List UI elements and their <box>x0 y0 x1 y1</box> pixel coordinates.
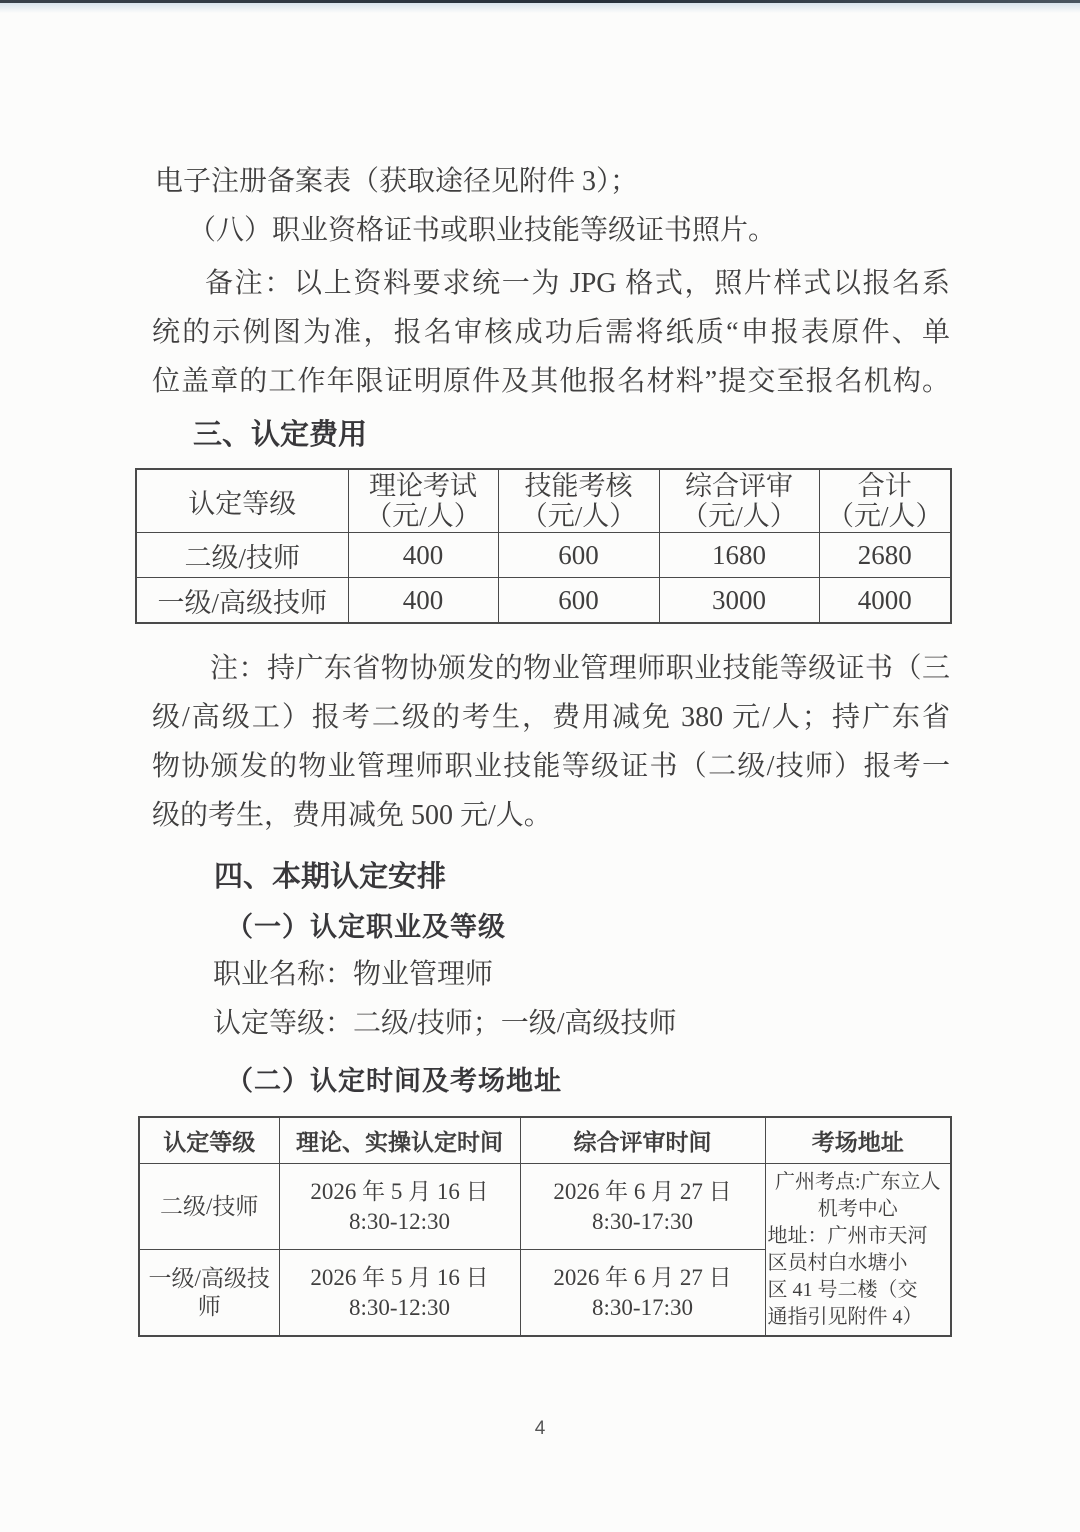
fee-cell-review: 3000 <box>659 578 819 624</box>
fee-header-review-unit: （元/人） <box>660 501 819 531</box>
fee-cell-total: 2680 <box>819 533 951 578</box>
venue-line: 广州考点:广东立人 <box>766 1169 951 1196</box>
schedule-cell-venue-address: 广州考点:广东立人 机考中心 地址：广州市天河 区员村白水塘小 区 41 号二楼… <box>765 1164 951 1337</box>
fee-cell-skill: 600 <box>498 533 659 578</box>
schedule-cell-review: 2026 年 6 月 27 日 8:30-17:30 <box>520 1164 765 1250</box>
levels-line: 认定等级：二级/技师；一级/高级技师 <box>135 999 950 1048</box>
fee-cell-skill: 600 <box>498 578 659 624</box>
fee-header-level: 认定等级 <box>136 469 348 533</box>
fee-header-skill-title: 技能考核 <box>499 471 659 501</box>
fee-table: 认定等级 理论考试 （元/人） 技能考核 （元/人） 综合评审 （元/人） 合 <box>135 468 952 624</box>
schedule-header-theory-time: 理论、实操认定时间 <box>279 1117 520 1164</box>
sub-heading-occupation: （一）认定职业及等级 <box>135 904 950 950</box>
schedule-cell-level: 一级/高级技 师 <box>139 1250 279 1337</box>
schedule-cell-theory: 2026 年 5 月 16 日 8:30-12:30 <box>279 1164 520 1250</box>
remark-line: 位盖章的工作年限证明原件及其他报名材料”提交至报名机构。 <box>135 357 950 406</box>
fee-header-theory-title: 理论考试 <box>349 471 498 501</box>
level-line: 一级/高级技 <box>140 1265 279 1293</box>
fee-table-row-level2: 二级/技师 400 600 1680 2680 <box>136 533 951 578</box>
fee-cell-level: 一级/高级技师 <box>136 578 348 624</box>
fee-cell-level: 二级/技师 <box>136 533 348 578</box>
schedule-header-level: 认定等级 <box>139 1117 279 1164</box>
level-line: 师 <box>140 1293 279 1321</box>
review-date: 2026 年 6 月 27 日 <box>521 1263 765 1293</box>
occupation-line: 职业名称：物业管理师 <box>135 950 950 999</box>
review-date: 2026 年 6 月 27 日 <box>521 1177 765 1207</box>
section-4-heading: 四、本期认定安排 <box>135 854 950 900</box>
address-block: 地址：广州市天河 区员村白水塘小 区 41 号二楼（交 通指引见附件 4） <box>766 1223 951 1331</box>
schedule-header-review-time: 综合评审时间 <box>520 1117 765 1164</box>
schedule-row-level2: 二级/技师 2026 年 5 月 16 日 8:30-12:30 2026 年 … <box>139 1164 951 1250</box>
schedule-table: 认定等级 理论、实操认定时间 综合评审时间 考场地址 二级/技师 2026 年 … <box>138 1116 952 1337</box>
fee-header-skill-unit: （元/人） <box>499 501 659 531</box>
sub-heading-schedule: （二）认定时间及考场地址 <box>135 1058 950 1104</box>
paragraph-item8: （八）职业资格证书或职业技能等级证书照片。 <box>135 206 950 255</box>
schedule-header-row: 认定等级 理论、实操认定时间 综合评审时间 考场地址 <box>139 1117 951 1164</box>
schedule-cell-review: 2026 年 6 月 27 日 8:30-17:30 <box>520 1250 765 1337</box>
fee-cell-total: 4000 <box>819 578 951 624</box>
fee-note-line: 级的考生，费用减免 500 元/人。 <box>135 791 950 840</box>
fee-cell-review: 1680 <box>659 533 819 578</box>
fee-table-header-row: 认定等级 理论考试 （元/人） 技能考核 （元/人） 综合评审 （元/人） 合 <box>136 469 951 533</box>
scan-edge-glow <box>0 3 1080 13</box>
fee-header-theory-unit: （元/人） <box>349 501 498 531</box>
fee-note-line: 注：持广东省物协颁发的物业管理师职业技能等级证书（三 <box>135 644 950 693</box>
review-time: 8:30-17:30 <box>521 1207 765 1237</box>
page-number: 4 <box>0 1416 1080 1442</box>
fee-header-skill: 技能考核 （元/人） <box>498 469 659 533</box>
theory-date: 2026 年 5 月 16 日 <box>280 1177 520 1207</box>
address-line: 区 41 号二楼（交 <box>766 1277 951 1304</box>
fee-header-total-unit: （元/人） <box>820 501 951 531</box>
fee-cell-theory: 400 <box>348 578 498 624</box>
fee-note-line: 级/高级工）报考二级的考生，费用减免 380 元/人；持广东省 <box>135 693 950 742</box>
theory-time: 8:30-12:30 <box>280 1293 520 1323</box>
fee-header-review-title: 综合评审 <box>660 471 819 501</box>
fee-header-theory: 理论考试 （元/人） <box>348 469 498 533</box>
remark-line: 备注：以上资料要求统一为 JPG 格式，照片样式以报名系 <box>135 259 950 308</box>
address-line: 区员村白水塘小 <box>766 1250 951 1277</box>
fee-note-line: 物协颁发的物业管理师职业技能等级证书（二级/技师）报考一 <box>135 742 950 791</box>
section-3-heading: 三、认定费用 <box>135 412 950 458</box>
theory-time: 8:30-12:30 <box>280 1207 520 1237</box>
paragraph-ebackup: 电子注册备案表（获取途径见附件 3）； <box>135 157 950 206</box>
document-page: 电子注册备案表（获取途径见附件 3）； （八）职业资格证书或职业技能等级证书照片… <box>0 0 1080 1532</box>
paragraph-remark: 备注：以上资料要求统一为 JPG 格式，照片样式以报名系 统的示例图为准，报名审… <box>135 259 950 406</box>
schedule-header-venue: 考场地址 <box>765 1117 951 1164</box>
fee-cell-theory: 400 <box>348 533 498 578</box>
theory-date: 2026 年 5 月 16 日 <box>280 1263 520 1293</box>
fee-header-total-title: 合计 <box>820 471 951 501</box>
fee-header-review: 综合评审 （元/人） <box>659 469 819 533</box>
venue-block: 广州考点:广东立人 机考中心 <box>766 1169 951 1223</box>
paragraph-fee-note: 注：持广东省物协颁发的物业管理师职业技能等级证书（三 级/高级工）报考二级的考生… <box>135 644 950 840</box>
venue-line: 机考中心 <box>766 1196 951 1223</box>
schedule-cell-theory: 2026 年 5 月 16 日 8:30-12:30 <box>279 1250 520 1337</box>
schedule-cell-level: 二级/技师 <box>139 1164 279 1250</box>
address-line: 地址：广州市天河 <box>766 1223 951 1250</box>
level-line: 二级/技师 <box>140 1193 279 1221</box>
fee-table-row-level1: 一级/高级技师 400 600 3000 4000 <box>136 578 951 624</box>
review-time: 8:30-17:30 <box>521 1293 765 1323</box>
address-line: 通指引见附件 4） <box>766 1304 951 1331</box>
document-content: 电子注册备案表（获取途径见附件 3）； （八）职业资格证书或职业技能等级证书照片… <box>135 157 950 1337</box>
fee-header-total: 合计 （元/人） <box>819 469 951 533</box>
remark-line: 统的示例图为准，报名审核成功后需将纸质“申报表原件、单 <box>135 308 950 357</box>
